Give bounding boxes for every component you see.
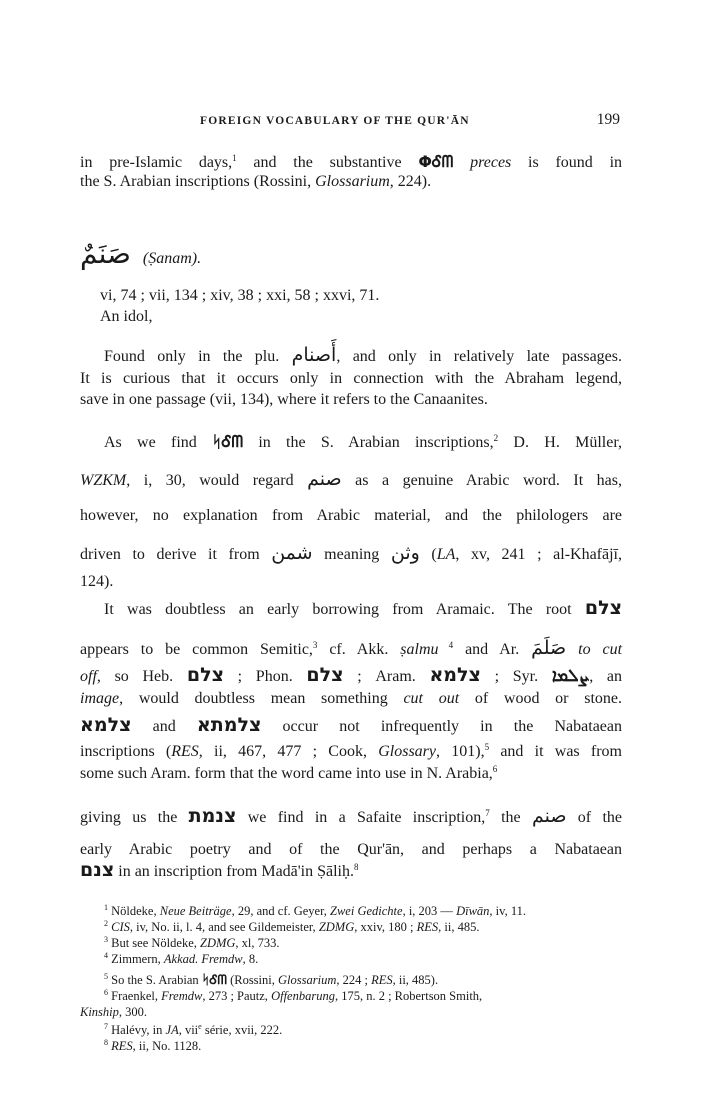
book-page: FOREIGN VOCABULARY OF THE QUR'ĀN 199 in … xyxy=(0,0,728,1105)
footnote-6-continued: Kinship, 300. xyxy=(80,1004,600,1020)
page-header: FOREIGN VOCABULARY OF THE QUR'ĀN 199 xyxy=(80,113,620,135)
body-line: image, would doubtless mean something cu… xyxy=(80,689,622,709)
body-line: צנם in an inscription from Madā'in Ṣāliḥ… xyxy=(80,860,622,882)
footnote-ref[interactable]: 8 xyxy=(354,862,359,872)
body-line: the S. Arabian inscriptions (Rossini, Gl… xyxy=(80,172,622,192)
body-line: inscriptions (RES, ii, 467, 477 ; Cook, … xyxy=(80,742,622,762)
hebrew-word: צלם xyxy=(585,597,622,619)
arabic-word: صنم xyxy=(307,468,342,490)
entry-gloss: An idol, xyxy=(100,307,642,327)
body-line: Found only in the plu. أَصنام, and only … xyxy=(104,345,622,367)
body-line: As we find ᛋᎴᗰ in the S. Arabian inscrip… xyxy=(104,432,622,453)
south-arabian-script: ᛋᎴᗰ xyxy=(202,973,227,988)
footnote-3: 3 But see Nöldeke, ZDMG, xl, 733. xyxy=(104,935,624,951)
safaitic-word: צנמת xyxy=(189,805,237,827)
body-line: early Arabic poetry and of the Qur'ān, a… xyxy=(80,840,622,860)
arabic-word: أَصنام xyxy=(292,344,337,366)
hebrew-word: צלם xyxy=(187,664,224,686)
footnote-8: 8 RES, ii, No. 1128. xyxy=(104,1038,624,1054)
aramaic-word: צלמא xyxy=(429,664,480,686)
body-line: save in one passage (vii, 134), where it… xyxy=(80,390,622,410)
syriac-word: ܨܠܡܐ xyxy=(552,666,589,686)
entry-headword: صَنَمٌ (Ṣanam). xyxy=(80,244,622,269)
footnote-6: 6 Fraenkel, Fremdw, 273 ; Pautz, Offenba… xyxy=(104,988,624,1004)
arabic-headword: صَنَمٌ xyxy=(80,237,131,270)
body-line: צלמא and צלמתא occur not infrequently in… xyxy=(80,715,622,737)
body-line: some such Aram. form that the word came … xyxy=(80,764,622,784)
headword-transliteration: (Ṣanam). xyxy=(143,250,201,267)
footnote-2: 2 CIS, iv, No. ii, l. 4, and see Gildeme… xyxy=(104,919,624,935)
body-line: however, no explanation from Arabic mate… xyxy=(80,506,622,526)
body-line: appears to be common Semitic,3 cf. Akk. … xyxy=(80,638,622,660)
aramaic-word: צלמתא xyxy=(197,714,261,736)
body-line: driven to derive it from شمن meaning وثن… xyxy=(80,543,622,565)
phoenician-word: צלם xyxy=(306,664,343,686)
south-arabian-script: ᛋᎴᗰ xyxy=(212,432,243,451)
arabic-word: شمن xyxy=(271,542,312,564)
footnote-4: 4 Zimmern, Akkad. Fremdw, 8. xyxy=(104,951,624,967)
quran-references: vi, 74 ; vii, 134 ; xiv, 38 ; xxi, 58 ; … xyxy=(100,286,642,306)
body-line: giving us the צנמת we find in a Safaite … xyxy=(80,806,622,828)
body-line: WZKM, i, 30, would regard صنم as a genui… xyxy=(80,469,622,491)
body-line: It is curious that it occurs only in con… xyxy=(80,369,622,389)
body-line: It was doubtless an early borrowing from… xyxy=(104,598,622,620)
arabic-word: وثن xyxy=(391,542,420,564)
page-number: 199 xyxy=(597,111,620,129)
south-arabian-script: ΦᎴᗰ xyxy=(418,152,453,171)
footnote-1: 1 Nöldeke, Neue Beiträge, 29, and cf. Ge… xyxy=(104,903,624,919)
footnote-ref[interactable]: 6 xyxy=(493,764,498,774)
nabataean-word: צנם xyxy=(80,859,114,881)
body-line: off, so Heb. צלם ; Phon. צלם ; Aram. צלמ… xyxy=(80,665,622,687)
body-line: 124). xyxy=(80,572,622,592)
footnote-7: 7 Halévy, in JA, viie série, xvii, 222. xyxy=(104,1022,624,1038)
arabic-word: صنم xyxy=(532,805,567,827)
body-line: in pre-Islamic days,1 and the substantiv… xyxy=(80,152,622,173)
running-title: FOREIGN VOCABULARY OF THE QUR'ĀN xyxy=(200,115,470,127)
arabic-word: صَلَمَ xyxy=(531,637,566,659)
aramaic-word: צלמא xyxy=(80,714,131,736)
footnote-5: 5 So the S. Arabian ᛋᎴᗰ (Rossini, Glossa… xyxy=(104,972,624,989)
footnote-ref[interactable]: 4 xyxy=(439,640,454,650)
